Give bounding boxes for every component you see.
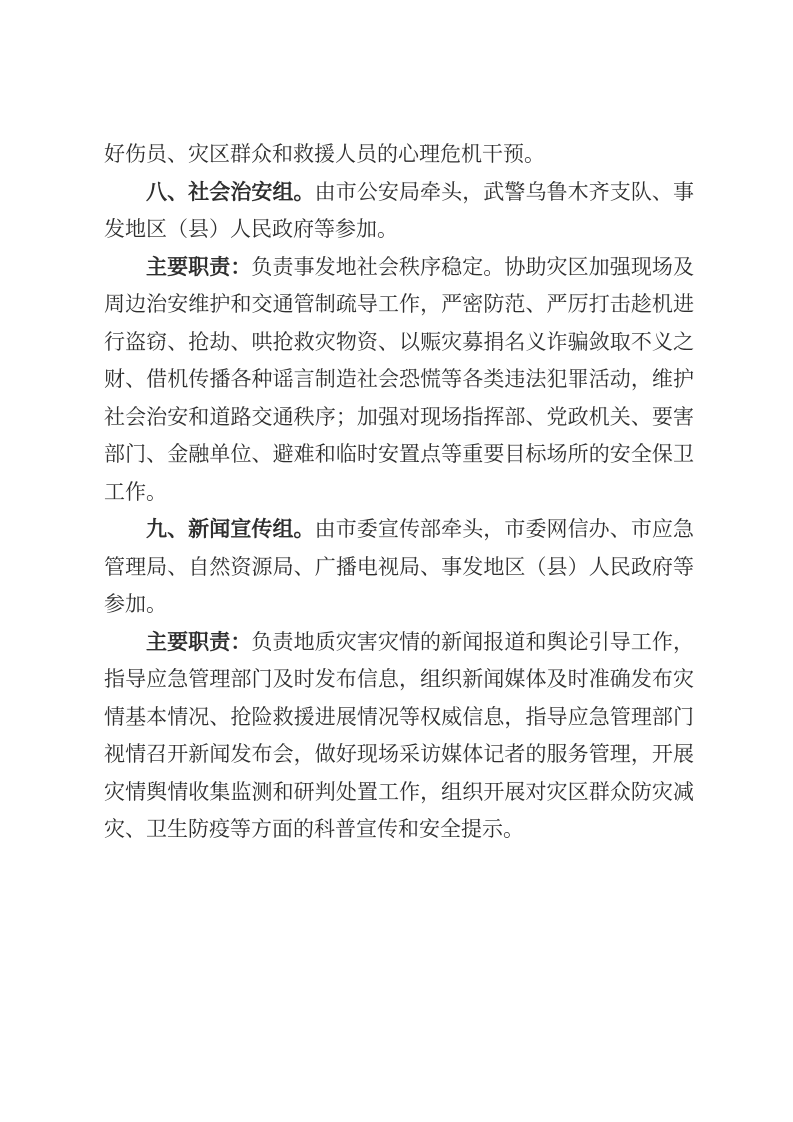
duty-label: 主要职责： (146, 630, 251, 654)
paragraph-group-8-duties: 主要职责：负责事发地社会秩序稳定。协助灾区加强现场及周边治安维护和交通管制疏导工… (104, 249, 694, 512)
body-text: 负责地质灾害灾情的新闻报道和舆论引导工作，指导应急管理部门及时发布信息，组织新闻… (104, 630, 694, 842)
body-text: 负责事发地社会秩序稳定。协助灾区加强现场及周边治安维护和交通管制疏导工作，严密防… (104, 255, 694, 504)
paragraph-group-9-duties: 主要职责：负责地质灾害灾情的新闻报道和舆论引导工作，指导应急管理部门及时发布信息… (104, 624, 694, 849)
body-text: 好伤员、灾区群众和救援人员的心理危机干预。 (104, 142, 545, 166)
paragraph-psych-intervention-continuation: 好伤员、灾区群众和救援人员的心理危机干预。 (104, 136, 694, 174)
paragraph-group-8-social-security: 八、社会治安组。由市公安局牵头，武警乌鲁木齐支队、事发地区（县）人民政府等参加。 (104, 174, 694, 249)
paragraph-group-9-news-publicity: 九、新闻宣传组。由市委宣传部牵头，市委网信办、市应急管理局、自然资源局、广播电视… (104, 511, 694, 624)
section-heading: 八、社会治安组。 (146, 181, 315, 204)
document-page: 好伤员、灾区群众和救援人员的心理危机干预。八、社会治安组。由市公安局牵头，武警乌… (0, 0, 793, 1122)
section-heading: 九、新闻宣传组。 (146, 518, 315, 541)
document-text-block: 好伤员、灾区群众和救援人员的心理危机干预。八、社会治安组。由市公安局牵头，武警乌… (104, 136, 694, 849)
duty-label: 主要职责： (146, 255, 251, 279)
